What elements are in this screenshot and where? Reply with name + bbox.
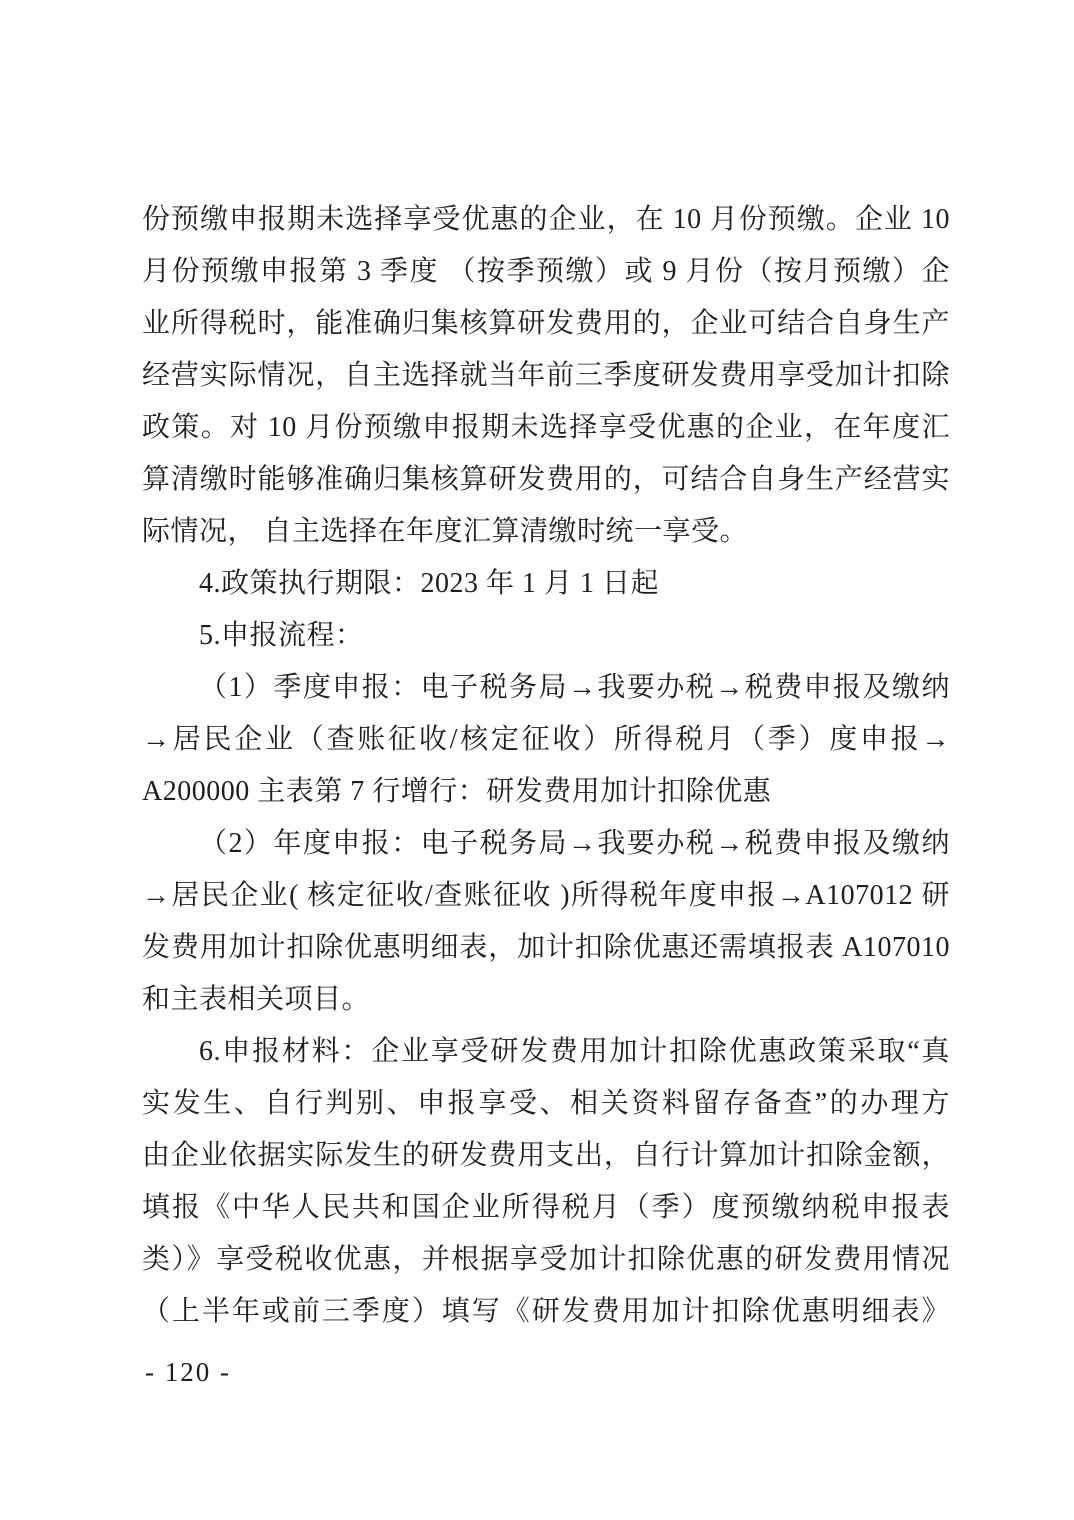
text-line: 填报《中华人民共和国企业所得税月（季）度预缴纳税申报表（A [142,1182,950,1234]
text-line: 份预缴申报期未选择享受优惠的企业，在 10 月份预缴。企业 10 [142,194,950,246]
paragraph-3: 5.申报流程： [142,610,950,662]
document-body: 份预缴申报期未选择享受优惠的企业，在 10 月份预缴。企业 10月份预缴申报第 … [142,194,950,1338]
text-line: 和主表相关项目。 [142,974,950,1026]
text-line: （2）年度申报：电子税务局→我要办税→税费申报及缴纳 [142,818,950,870]
text-line: 算清缴时能够准确归集核算研发费用的，可结合自身生产经营实 [142,454,950,506]
text-line: →居民企业( 核定征收/查账征收 )所得税年度申报→A107012 研 [142,870,950,922]
text-line: 4.政策执行期限：2023 年 1 月 1 日起 [142,558,950,610]
text-line: 际情况， 自主选择在年度汇算清缴时统一享受。 [142,506,950,558]
text-line: （上半年或前三季度）填写《研发费用加计扣除优惠明细表》 [142,1286,950,1338]
text-line: →居民企业（查账征收/核定征收）所得税月（季）度申报→ [142,714,950,766]
document-page: 份预缴申报期未选择享受优惠的企业，在 10 月份预缴。企业 10月份预缴申报第 … [0,0,1074,1520]
text-line: 业所得税时，能准确归集核算研发费用的，企业可结合自身生产 [142,298,950,350]
paragraph-5: （2）年度申报：电子税务局→我要办税→税费申报及缴纳→居民企业( 核定征收/查账… [142,818,950,1026]
text-line: A200000 主表第 7 行增行：研发费用加计扣除优惠 [142,766,950,818]
paragraph-4: （1）季度申报：电子税务局→我要办税→税费申报及缴纳→居民企业（查账征收/核定征… [142,662,950,818]
text-line: 实发生、自行判别、申报享受、相关资料留存备查”的办理方式， [142,1078,950,1130]
text-line: 发费用加计扣除优惠明细表，加计扣除优惠还需填报表 A107010 [142,922,950,974]
text-line: 月份预缴申报第 3 季度 （按季预缴）或 9 月份（按月预缴）企 [142,246,950,298]
text-line: 6.申报材料：企业享受研发费用加计扣除优惠政策采取“真 [142,1026,950,1078]
text-line: 5.申报流程： [142,610,950,662]
paragraph-1: 份预缴申报期未选择享受优惠的企业，在 10 月份预缴。企业 10月份预缴申报第 … [142,194,950,558]
text-line: 政策。对 10 月份预缴申报期未选择享受优惠的企业，在年度汇 [142,402,950,454]
text-line: 经营实际情况，自主选择就当年前三季度研发费用享受加计扣除 [142,350,950,402]
page-number: - 120 - [145,1346,231,1398]
paragraph-6: 6.申报材料：企业享受研发费用加计扣除优惠政策采取“真实发生、自行判别、申报享受… [142,1026,950,1338]
text-line: 类）》享受税收优惠，并根据享受加计扣除优惠的研发费用情况 [142,1234,950,1286]
paragraph-2: 4.政策执行期限：2023 年 1 月 1 日起 [142,558,950,610]
text-line: （1）季度申报：电子税务局→我要办税→税费申报及缴纳 [142,662,950,714]
text-line: 由企业依据实际发生的研发费用支出，自行计算加计扣除金额， [142,1130,950,1182]
